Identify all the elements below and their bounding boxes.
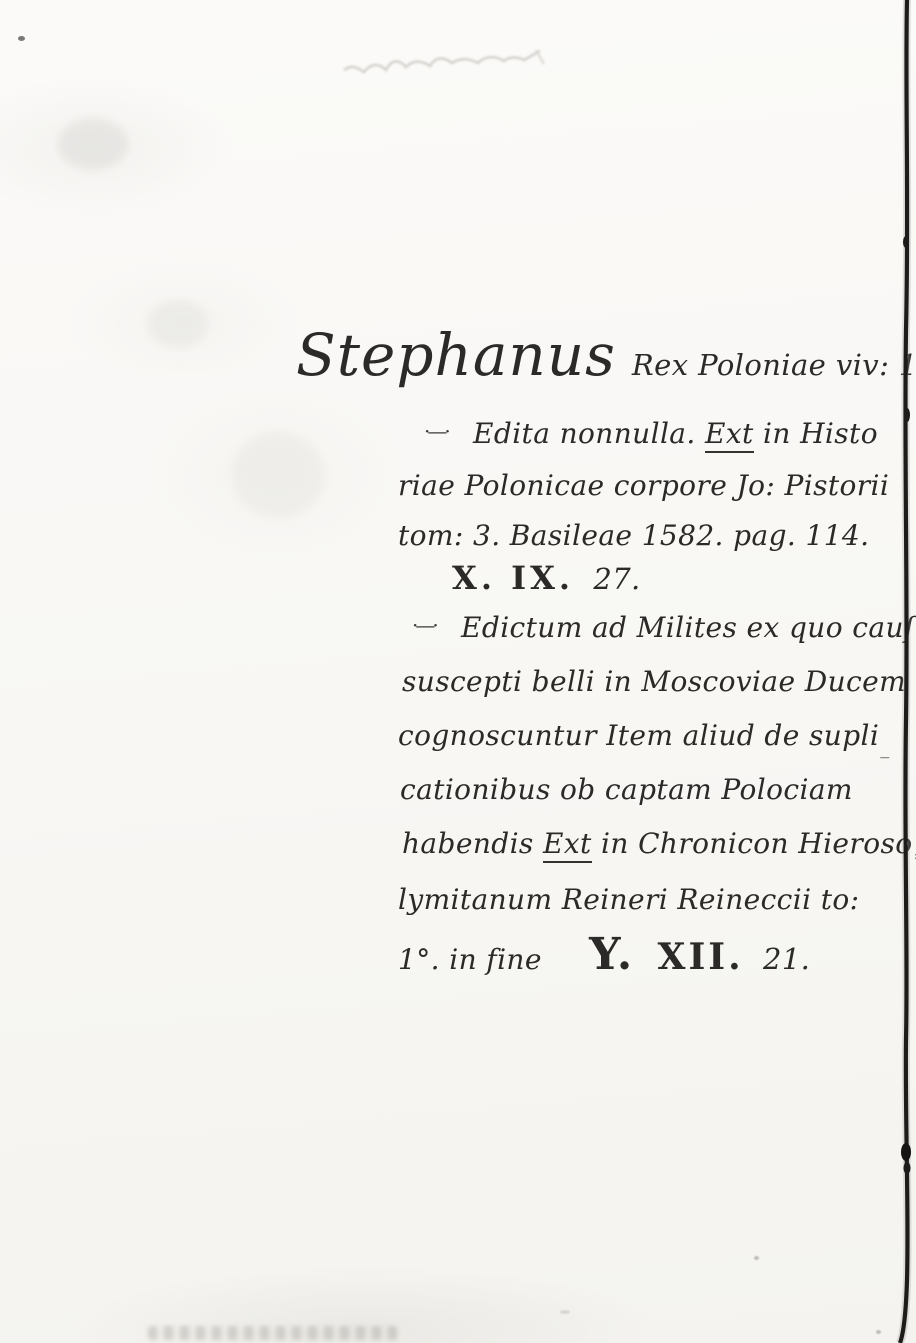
paper-smudge — [148, 300, 208, 348]
citation-number: 21. — [763, 942, 810, 976]
entry2-line1: ·—· Edictum ad Milites ex quo cauſ — [412, 612, 915, 644]
entry2-line2: suscepti belli in Moscoviae Ducem — [402, 666, 906, 698]
paper-smudge — [58, 118, 128, 170]
paper-smudge — [232, 432, 324, 518]
citation-roman-numerals: X. IX. — [452, 559, 574, 597]
underlined-word-ext: Ext — [705, 417, 754, 453]
page-edge-line — [886, 0, 916, 1343]
title-rest: Rex Poloniae viv: 1579. — [632, 349, 916, 382]
ink-speck — [876, 1330, 881, 1334]
manuscript-page: Stephanus Rex Poloniae viv: 1579. ·—· Ed… — [0, 0, 916, 1343]
underlined-word-ext: Ext — [543, 827, 592, 863]
citation-reference: X. IX. 27. — [452, 560, 641, 597]
entry2-line7: 1°. in fine Y. XII. 21. — [398, 930, 810, 981]
entry2-line6: lymitanum Reineri Reineccii to: — [398, 884, 860, 916]
citation-number: 27. — [593, 562, 640, 596]
entry2-line3: cognoscuntur Item aliud de supli_ — [398, 720, 890, 752]
page-title: Stephanus Rex Poloniae viv: 1579. — [296, 322, 916, 389]
entry1-line1-pre: Edita nonnulla. — [473, 417, 696, 450]
ink-bleedthrough-mark — [340, 40, 570, 82]
ink-speck — [560, 1310, 570, 1314]
entry2-line5-pre: habendis — [402, 827, 534, 860]
entry1-line1: ·—· Edita nonnulla. Ext in Histo — [424, 418, 878, 450]
entry2-line5: habendis Ext in Chronicon Hieroso= — [402, 828, 916, 860]
citation-roman-large: Y. — [589, 929, 634, 980]
item-dash-marker: ·—· — [424, 419, 448, 443]
entry1-line3: tom: 3. Basileae 1582. pag. 114. — [398, 520, 869, 552]
entry1-line2: riae Polonicae corpore Jo: Pistorii — [398, 470, 889, 502]
entry2-line7-pre: 1°. in fine — [398, 943, 542, 976]
citation-roman-numerals: XII. — [658, 936, 744, 978]
entry1-line1-post: in Histo — [763, 417, 878, 450]
entry2-line1-text: Edictum ad Milites ex quo cauſ — [461, 611, 915, 644]
entry2-line3-text: cognoscuntur Item aliud de supli — [398, 719, 879, 752]
entry2-line5-post: in Chronicon Hieroso — [601, 827, 912, 860]
title-name-large: Stephanus — [296, 322, 616, 389]
ink-speck — [754, 1256, 759, 1260]
entry2-line4: cationibus ob captam Polociam — [400, 774, 853, 806]
item-dash-marker: ·—· — [412, 613, 436, 637]
ink-speck — [18, 36, 25, 41]
bottom-bleedthrough-band — [148, 1326, 398, 1340]
